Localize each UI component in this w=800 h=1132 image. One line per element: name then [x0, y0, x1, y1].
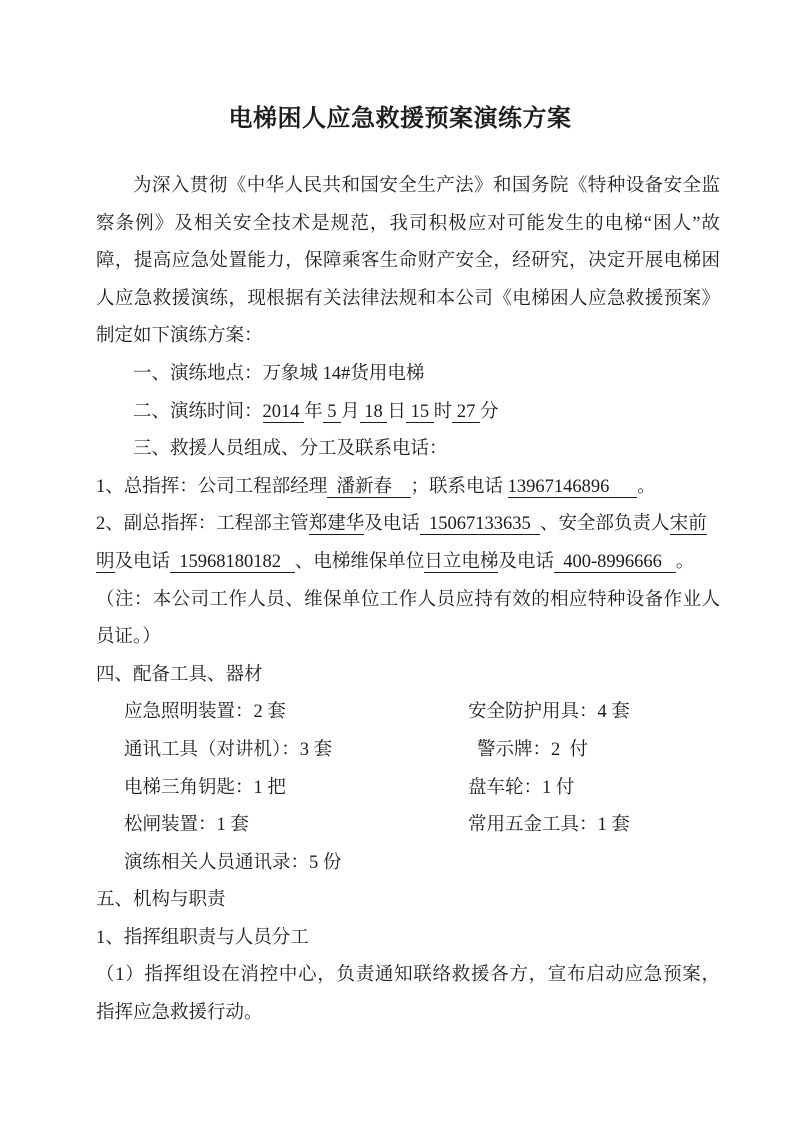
text-segment: （1）指挥组设在消控中心，负责通知联络救援各方，宣布启动应急预案， — [96, 965, 720, 985]
filled-blank: 日立电梯 — [424, 552, 498, 573]
equipment-row: 松闸装置：1 套常用五金工具：1 套 — [96, 807, 720, 845]
filled-blank: 2014 — [263, 402, 305, 423]
document-page: 电梯困人应急救援预案演练方案 为深入贯彻《中华人民共和国安全生产法》和国务院《特… — [0, 0, 800, 1132]
text-segment: 。 — [676, 552, 695, 572]
text-segment: 、安全部负责人 — [540, 514, 670, 534]
equipment-item-left: 应急照明装置：2 套 — [124, 694, 286, 732]
org-item1-line2: 指挥应急救援行动。 — [96, 995, 720, 1033]
equipment-row: 应急照明装置：2 套安全防护用具：4 套 — [96, 694, 720, 732]
text-segment: 人应急救援演练，现根据有关法律法规和本公司《电梯困人应急救援预案》 — [96, 289, 720, 309]
text-segment: 分 — [480, 402, 499, 422]
text-segment: 五、机构与职责 — [96, 890, 226, 910]
para1-line3: 障，提高应急处置能力，保障乘客生命财产安全，经研究，决定开展电梯困 — [96, 243, 720, 281]
text-segment: 为深入贯彻《中华人民共和国安全生产法》和国务院《特种设备安全监 — [133, 176, 720, 196]
para1-line1: 为深入贯彻《中华人民共和国安全生产法》和国务院《特种设备安全监 — [96, 168, 720, 206]
para1-line5: 制定如下演练方案： — [96, 318, 720, 356]
deputy-commander-line2: 明及电话 15968180182 、电梯维保单位日立电梯及电话 400-8996… — [96, 544, 720, 582]
filled-blank: 15 — [406, 402, 434, 423]
text-segment: 三、救援人员组成、分工及联系电话： — [133, 439, 448, 459]
filled-blank: 15968180182 — [170, 552, 295, 573]
text-segment: 指挥应急救援行动。 — [96, 1003, 263, 1023]
equipment-item-left: 松闸装置：1 套 — [124, 807, 249, 845]
note-line2: 员证。） — [96, 619, 720, 657]
equipment-item-right: 警示牌：2 付 — [477, 732, 588, 770]
document-body: 为深入贯彻《中华人民共和国安全生产法》和国务院《特种设备安全监察条例》及相关安全… — [96, 168, 720, 1033]
org-sub-heading: 1、指挥组职责与人员分工 — [96, 920, 720, 958]
equipment-row: 通讯工具（对讲机）：3 套警示牌：2 付 — [96, 732, 720, 770]
equipment-item-right: 盘车轮：1 付 — [468, 770, 574, 808]
text-segment: 、电梯维保单位 — [295, 552, 425, 572]
text-segment: （注：本公司工作人员、维保单位工作人员应持有效的相应特种设备作业人 — [96, 590, 720, 610]
text-segment: 年 — [304, 402, 323, 422]
filled-blank: 潘新春 — [327, 477, 410, 498]
filled-blank: 15067133635 — [420, 514, 540, 535]
text-segment: 2、副总指挥：工程部主管 — [96, 514, 309, 534]
equipment-item-right: 安全防护用具：4 套 — [468, 694, 630, 732]
text-segment: 时 — [434, 402, 453, 422]
filled-blank: 400-8996666 — [554, 552, 676, 573]
text-segment: 察条例》及相关安全技术是规范，我司积极应对可能发生的电梯“困人”故 — [96, 214, 720, 234]
commander-line: 1、总指挥：公司工程部经理 潘新春 ；联系电话 13967146896 。 — [96, 469, 720, 507]
filled-blank: 郑建华 — [309, 514, 365, 535]
para1-line2: 察条例》及相关安全技术是规范，我司积极应对可能发生的电梯“困人”故 — [96, 206, 720, 244]
text-segment: 二、演练时间： — [133, 402, 263, 422]
text-segment: 。 — [637, 477, 656, 497]
deputy-commander-line1: 2、副总指挥：工程部主管郑建华及电话 15067133635 、安全部负责人宋前 — [96, 506, 720, 544]
equipment-item-left: 演练相关人员通讯录：5 份 — [124, 845, 341, 883]
note-line1: （注：本公司工作人员、维保单位工作人员应持有效的相应特种设备作业人 — [96, 582, 720, 620]
text-segment: 日 — [387, 402, 406, 422]
text-segment: 制定如下演练方案： — [96, 326, 263, 346]
text-segment: 及电话 — [364, 514, 420, 534]
filled-blank: 5 — [323, 402, 342, 423]
item-location: 一、演练地点：万象城 14#货用电梯 — [96, 356, 720, 394]
filled-blank: 明 — [96, 552, 115, 573]
text-segment: 四、配备工具、器材 — [96, 665, 263, 685]
item-time: 二、演练时间：2014 年 5 月 18 日 15 时 27 分 — [96, 394, 720, 432]
para1-line4: 人应急救援演练，现根据有关法律法规和本公司《电梯困人应急救援预案》 — [96, 281, 720, 319]
text-segment: 障，提高应急处置能力，保障乘客生命财产安全，经研究，决定开展电梯困 — [96, 251, 720, 271]
item-personnel-heading: 三、救援人员组成、分工及联系电话： — [96, 431, 720, 469]
filled-blank: 13967146896 — [508, 477, 638, 498]
text-segment: ；联系电话 — [411, 477, 508, 497]
text-segment: 一、演练地点：万象城 14#货用电梯 — [133, 364, 424, 384]
section-equipment-heading: 四、配备工具、器材 — [96, 657, 720, 695]
text-segment: 及电话 — [498, 552, 554, 572]
equipment-item-left: 电梯三角钥匙：1 把 — [124, 770, 286, 808]
document-title: 电梯困人应急救援预案演练方案 — [0, 104, 800, 134]
org-item1-line1: （1）指挥组设在消控中心，负责通知联络救援各方，宣布启动应急预案， — [96, 957, 720, 995]
equipment-item-left: 通讯工具（对讲机）：3 套 — [124, 732, 332, 770]
filled-blank: 宋前 — [670, 514, 707, 535]
text-segment: 月 — [341, 402, 360, 422]
equipment-row: 演练相关人员通讯录：5 份 — [96, 845, 720, 883]
text-segment: 1、指挥组职责与人员分工 — [96, 928, 309, 948]
text-segment: 1、总指挥：公司工程部经理 — [96, 477, 327, 497]
filled-blank: 27 — [452, 402, 480, 423]
equipment-item-right: 常用五金工具：1 套 — [468, 807, 630, 845]
text-segment: 员证。） — [96, 627, 161, 647]
equipment-row: 电梯三角钥匙：1 把盘车轮：1 付 — [96, 770, 720, 808]
section-org-heading: 五、机构与职责 — [96, 882, 720, 920]
filled-blank: 18 — [360, 402, 388, 423]
text-segment: 及电话 — [115, 552, 171, 572]
